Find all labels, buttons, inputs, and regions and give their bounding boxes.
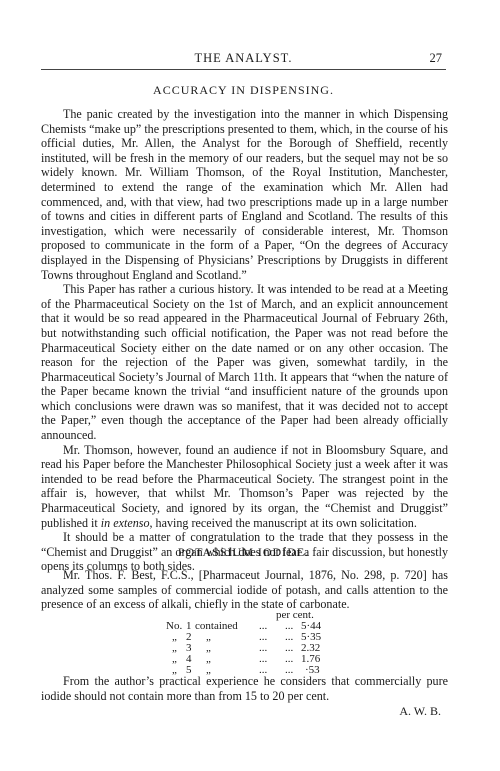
table-row: „ 4 „ ... ... 1.76 <box>0 654 500 665</box>
article-title-potassium-iodide: POTASSIUM IODIDE. <box>41 545 446 560</box>
table-row: „ 2 „ ... ... 5·35 <box>0 632 500 643</box>
page-number: 27 <box>430 51 443 66</box>
running-head: THE ANALYST. 27 <box>41 51 446 65</box>
journal-title: THE ANALYST. <box>41 51 446 66</box>
table-row: No. 1 contained ... ... 5·44 <box>0 621 500 632</box>
paragraph: Mr. Thos. F. Best, F.C.S., [Pharmaceut J… <box>41 568 448 612</box>
author-initials: A. W. B. <box>399 704 441 719</box>
table-row: „ 3 „ ... ... 2.32 <box>0 643 500 654</box>
paragraph: This Paper has rather a curious history.… <box>41 282 448 443</box>
paragraph: From the author’s practical experience h… <box>41 674 448 703</box>
row-verb: contained <box>195 621 238 633</box>
article-title-accuracy: ACCURACY IN DISPENSING. <box>41 83 446 98</box>
italic-phrase: in extenso <box>101 516 150 530</box>
text-run: , having received the manuscript at its … <box>150 516 417 530</box>
article-intro-potassium-iodide: Mr. Thos. F. Best, F.C.S., [Pharmaceut J… <box>41 568 448 612</box>
paragraph: The panic created by the investigation i… <box>41 107 448 282</box>
document-page: THE ANALYST. 27 ACCURACY IN DISPENSING. … <box>0 0 500 771</box>
article-body-accuracy: The panic created by the investigation i… <box>41 107 448 574</box>
header-rule <box>41 69 446 70</box>
paragraph: Mr. Thomson, however, found an audience … <box>41 443 448 531</box>
article-conclusion-potassium-iodide: From the author’s practical experience h… <box>41 674 448 703</box>
